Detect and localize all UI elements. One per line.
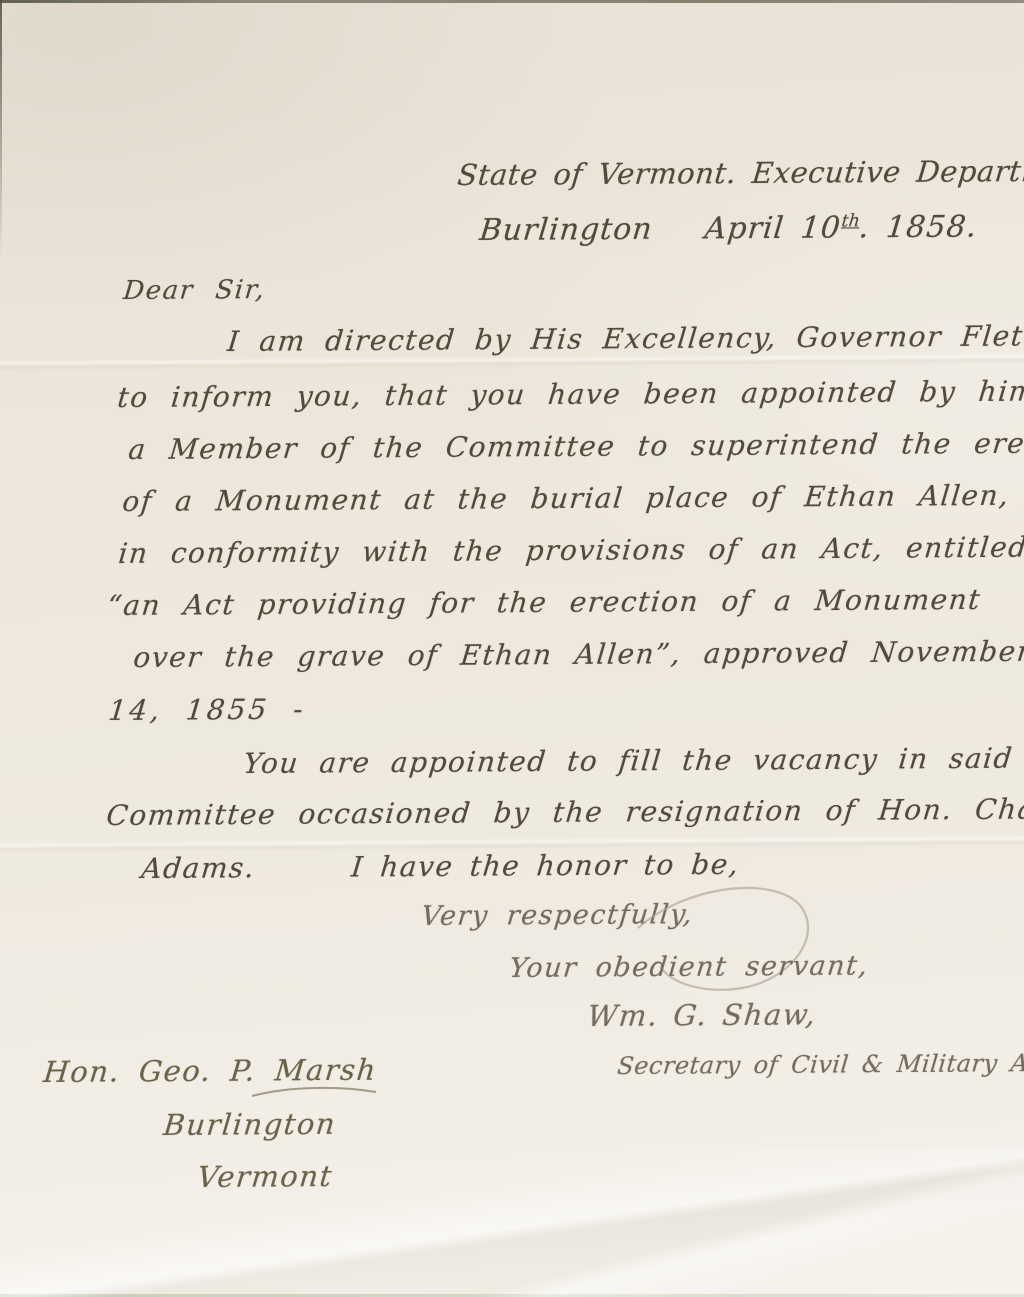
body-line-2: to inform you, that you have been appoin… — [116, 375, 1024, 414]
recipient-city: Burlington — [162, 1107, 338, 1142]
recipient-state: Vermont — [196, 1159, 335, 1194]
body-line-9: You are appointed to fill the vacancy in… — [242, 742, 1015, 780]
body-line-3: a Member of the Committee to superintend… — [127, 426, 1024, 466]
recipient-name: Hon. Geo. P. Marsh — [42, 1053, 379, 1089]
closing-respectfully: Very respectfully, — [420, 899, 695, 932]
scan-edge-top — [0, 0, 1024, 3]
body-line-6: “an Act providing for the erection of a … — [106, 583, 983, 622]
letter-page: State of Vermont. Executive Department B… — [0, 0, 1024, 1297]
body-line-7: over the grave of Ethan Allen”, approved… — [132, 635, 1024, 674]
body-line-10: Committee occasioned by the resignation … — [105, 792, 1024, 832]
body-line-5: in conformity with the provisions of an … — [117, 531, 1024, 570]
signature-name: Wm. G. Shaw, — [586, 997, 818, 1033]
date-ordinal-suffix: th — [841, 211, 861, 231]
letterhead-place-date-line: BurlingtonApril 10th. 1858. — [478, 210, 979, 248]
body-line-4: of a Monument at the burial place of Eth… — [121, 479, 1011, 518]
body-line-11: Adams.I have the honor to be, — [140, 848, 741, 885]
body-line-1: I am directed by His Excellency, Governo… — [226, 319, 1024, 358]
body-line-8: 14, 1855 - — [107, 693, 307, 727]
salutation: Dear Sir, — [122, 275, 267, 306]
letterhead-date: April 10th. 1858. — [703, 210, 979, 247]
paper-wrinkles — [0, 1147, 1024, 1297]
adams-word: Adams. — [140, 851, 257, 885]
letterhead-department-line: State of Vermont. Executive Department — [456, 154, 1024, 192]
honor-phrase: I have the honor to be, — [350, 848, 741, 884]
scan-edge-left — [0, 0, 2, 260]
signature-title: Secretary of Civil & Military Affairs — [616, 1049, 1024, 1080]
closing-servant: Your obedient servant, — [508, 950, 870, 984]
letterhead-place: Burlington — [478, 212, 654, 248]
